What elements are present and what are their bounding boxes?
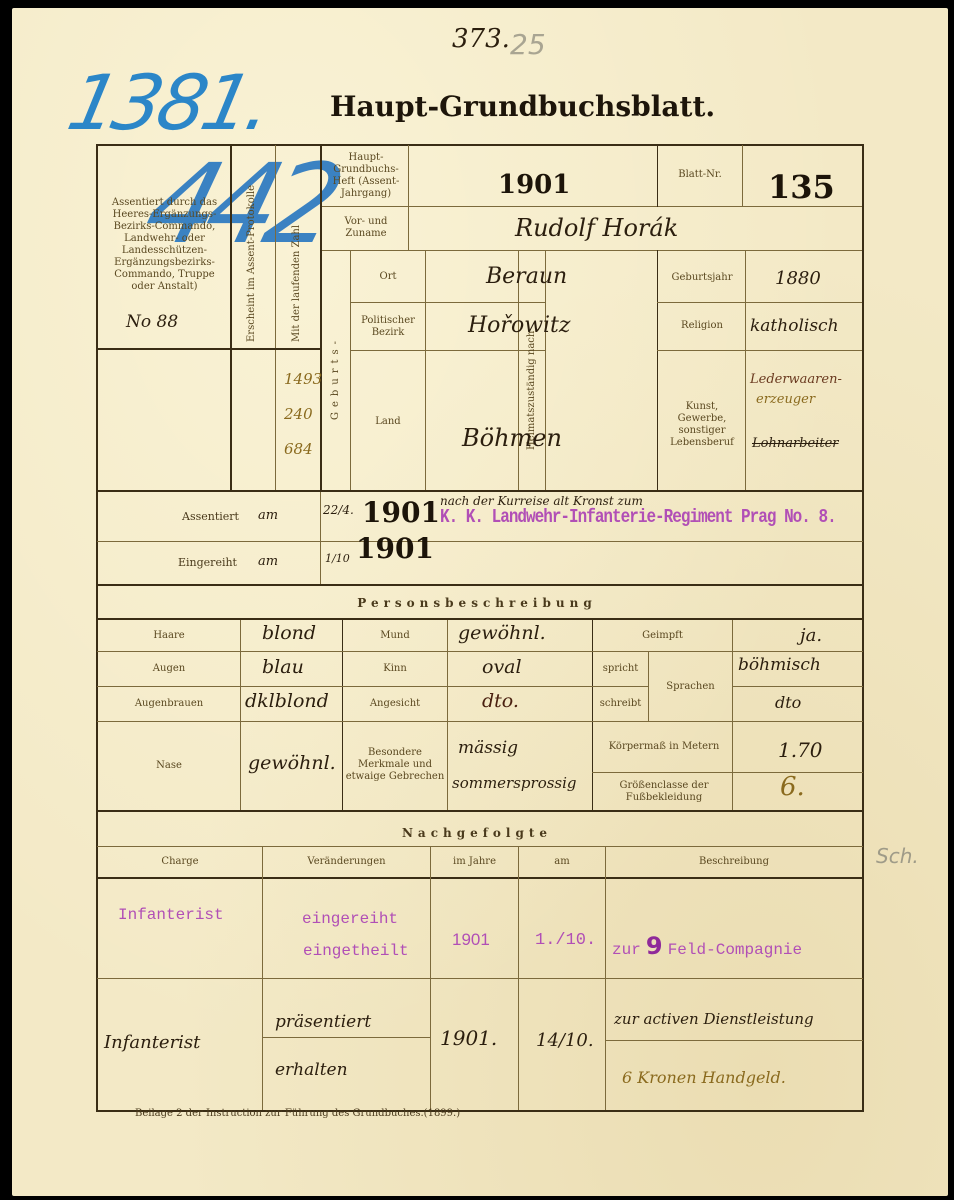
column-header-veraenderungen: Veränderungen <box>263 848 430 876</box>
column-header-am: am <box>519 848 605 876</box>
eingereiht-date: 1/10 <box>325 552 350 565</box>
beruf-value-1: Lederwaaren- <box>750 372 842 387</box>
row2-veraenderung-1: präsentiert <box>275 1012 371 1032</box>
name-label: Vor- und Zuname <box>326 213 406 243</box>
row1-beschreibung: zur 9 Feld-Compagnie <box>612 932 802 960</box>
kinn-value: oval <box>482 656 522 678</box>
row2-charge: Infanterist <box>104 1032 200 1053</box>
personsbeschreibung-title: Personsbeschreibung <box>0 596 954 610</box>
row1-beschreibung-num: 9 <box>646 932 663 960</box>
fussbekleidung-label: Größenclasse der Fußbekleidung <box>600 774 728 810</box>
geburts-label: Geburts- <box>330 330 341 420</box>
heft-label: Haupt-Grundbuchs-Heft (Assent-Jahrgang) <box>326 150 406 202</box>
geimpft-value: ja. <box>800 625 822 646</box>
nachgefolgte-title: Nachgefolgte <box>0 826 954 840</box>
row2-am: 14/10. <box>536 1030 594 1051</box>
angesicht-label: Angesicht <box>343 687 447 721</box>
assentiert-am: am <box>258 508 278 523</box>
haare-label: Haare <box>98 620 240 651</box>
mund-value: gewöhnl. <box>458 622 546 644</box>
row1-veraenderung-1: eingereiht <box>302 910 398 928</box>
mund-label: Mund <box>343 620 447 651</box>
ort-value: Beraun <box>486 264 567 289</box>
page-title: Haupt-Grundbuchsblatt. <box>330 90 715 123</box>
page-number-pencil: 25 <box>510 28 546 61</box>
schreibt-value: dto <box>775 693 801 712</box>
assentiert-year: 1901 <box>362 496 440 529</box>
row1-charge: Infanterist <box>118 906 224 924</box>
name-value: Rudolf Horák <box>515 214 678 242</box>
eingereiht-year: 1901 <box>356 532 434 565</box>
bezirk-value: Hořowitz <box>468 313 571 338</box>
land-value: Böhmen <box>462 424 562 452</box>
augenbrauen-label: Augenbrauen <box>98 687 240 721</box>
spricht-value: böhmisch <box>738 655 821 675</box>
merkmale-value-1: mässig <box>458 738 518 758</box>
laufende-value-3: 684 <box>284 440 313 458</box>
assentiert-durch-value: No 88 <box>126 312 178 332</box>
blue-number-1381: 1381. <box>61 58 277 147</box>
laufende-value-2: 240 <box>284 405 313 423</box>
ort-label: Ort <box>352 255 424 299</box>
row1-veraenderung-2: eingetheilt <box>303 942 409 960</box>
koerpermass-label: Körpermaß in Metern <box>600 726 728 768</box>
column-header-jahr: im Jahre <box>431 848 518 876</box>
eingereiht-am: am <box>258 554 278 569</box>
augenbrauen-value: dklblond <box>245 690 329 712</box>
regiment-stamp: K. K. Landwehr-Infanterie-Regiment Prag … <box>440 506 836 528</box>
religion-value: katholisch <box>750 316 839 336</box>
fussbekleidung-value: 6. <box>780 772 805 802</box>
sprachen-label: Sprachen <box>649 652 732 721</box>
row2-jahr: 1901. <box>440 1026 497 1050</box>
koerpermass-value: 1.70 <box>778 738 823 762</box>
row1-am: 1./10. <box>535 931 596 950</box>
spricht-label: spricht <box>593 652 648 686</box>
geimpft-label: Geimpft <box>593 620 732 651</box>
geburtsjahr-value: 1880 <box>775 268 821 289</box>
row1-jahr: 1901 <box>452 930 490 950</box>
erscheint-label: Erscheint im Assent-Protokolle <box>246 152 257 342</box>
column-header-beschreibung: Beschreibung <box>606 848 862 876</box>
heft-value: 1901 <box>498 170 570 200</box>
merkmale-value-2: sommersprossig <box>452 774 577 792</box>
row2-beschreibung-1: zur activen Dienstleistung <box>614 1010 814 1028</box>
geburtsjahr-label: Geburtsjahr <box>660 260 744 296</box>
assentiert-date: 22/4. <box>323 503 354 517</box>
eingereiht-label: Eingereiht <box>178 556 237 569</box>
kinn-label: Kinn <box>343 652 447 686</box>
assentiert-durch-label: Assentiert durch das Heeres-Ergänzungs-B… <box>102 185 227 305</box>
footer-text: Beilage 2 der Instruction zur Führung de… <box>135 1108 460 1119</box>
column-header-charge: Charge <box>98 848 262 876</box>
row2-veraenderung-2: erhalten <box>275 1060 348 1080</box>
beruf-value-struck: Lohnarbeiter <box>752 436 838 451</box>
nase-value: gewöhnl. <box>248 752 336 774</box>
schreibt-label: schreibt <box>593 687 648 721</box>
religion-label: Religion <box>660 308 744 344</box>
bezirk-label: Politischer Bezirk <box>352 305 424 349</box>
laufende-value-1: 1493 <box>284 370 322 388</box>
beruf-label: Kunst, Gewerbe, sonstiger Lebensberuf <box>662 390 742 460</box>
margin-pencil-note: Sch. <box>876 844 919 868</box>
assentiert-label: Assentiert <box>182 510 239 523</box>
beruf-value-2: erzeuger <box>756 392 815 407</box>
blatt-value: 135 <box>768 168 835 206</box>
land-label: Land <box>352 400 424 444</box>
page-number-ink: 373. <box>452 24 510 54</box>
row1-beschreibung-post: Feld-Compagnie <box>668 941 802 959</box>
haare-value: blond <box>262 622 316 644</box>
nase-label: Nase <box>98 722 240 810</box>
blatt-label: Blatt-Nr. <box>660 160 740 190</box>
angesicht-value: dto. <box>482 690 519 712</box>
row1-beschreibung-pre: zur <box>612 941 641 959</box>
augen-label: Augen <box>98 652 240 686</box>
merkmale-label: Besondere Merkmale und etwaige Gebrechen <box>344 740 446 790</box>
laufende-zahl-label: Mit der laufenden Zahl <box>291 152 302 342</box>
augen-value: blau <box>262 656 304 678</box>
row2-beschreibung-2: 6 Kronen Handgeld. <box>622 1068 786 1087</box>
